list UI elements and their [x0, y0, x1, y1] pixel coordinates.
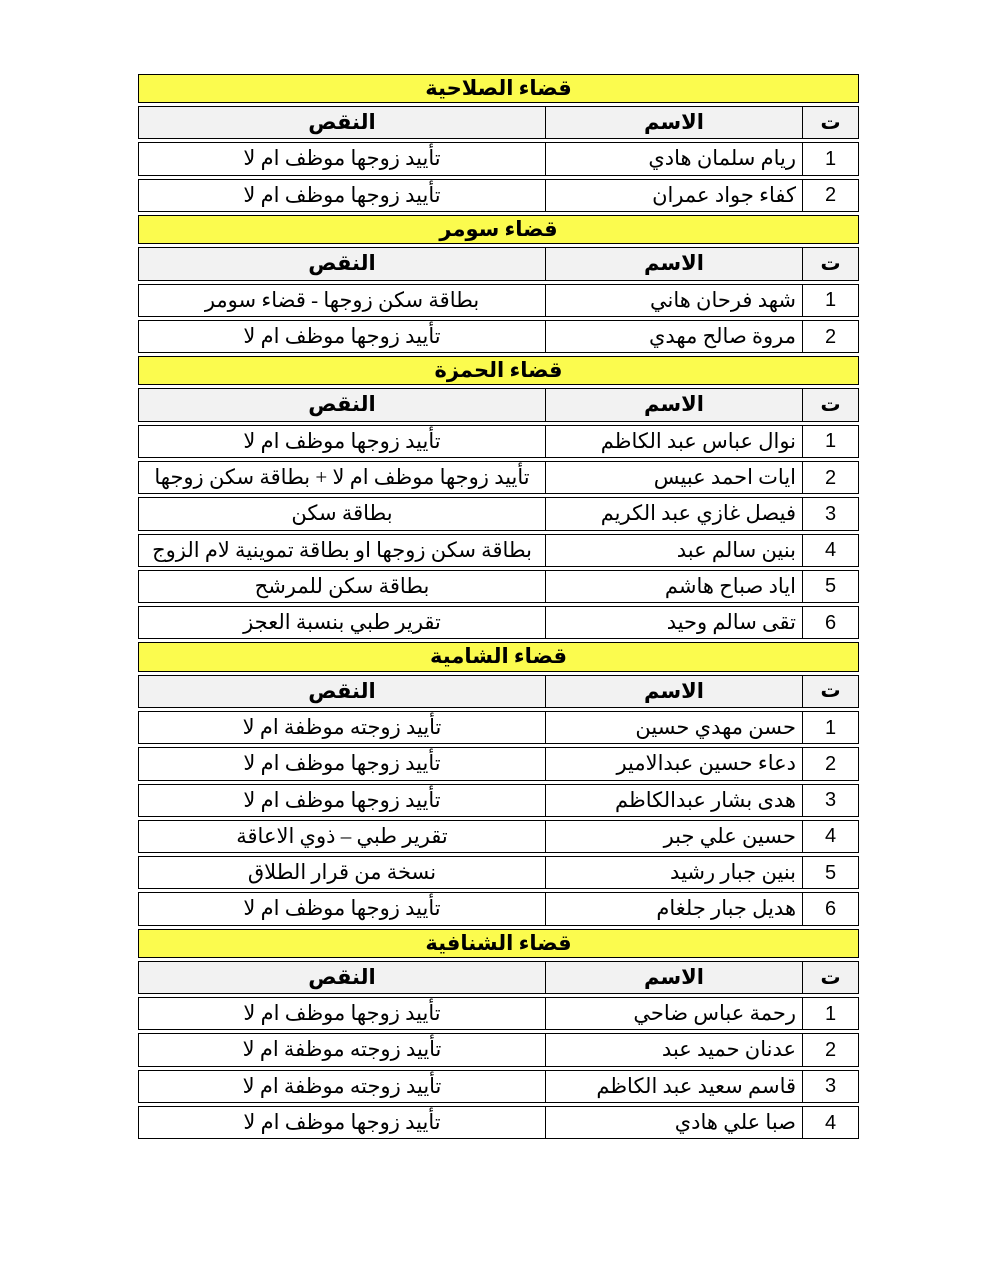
table-row: 1 حسن مهدي حسين تأييد زوجته موظفة ام لا: [138, 711, 859, 744]
table-row: 3 فيصل غازي عبد الكريم بطاقة سكن: [138, 497, 859, 530]
report-body: قضاء الصلاحية ت الاسم النقص 1 ريام سلمان…: [138, 74, 859, 1139]
report-table-container: قضاء الصلاحية ت الاسم النقص 1 ريام سلمان…: [138, 71, 859, 1142]
deficiency-cell: تقرير طبي – ذوي الاعاقة: [138, 820, 545, 853]
district-title-row: قضاء الشنافية: [138, 929, 859, 958]
col-header-no: ت: [802, 388, 859, 421]
deficiency-cell: بطاقة سكن: [138, 497, 545, 530]
deficiency-cell: تأييد زوجها موظف ام لا + بطاقة سكن زوجها: [138, 461, 545, 494]
name-cell: ريام سلمان هادي: [545, 142, 802, 175]
deficiency-cell: بطاقة سكن زوجها او بطاقة تموينية لام الز…: [138, 534, 545, 567]
district-title: قضاء الحمزة: [138, 356, 859, 385]
table-row: 4 بنين سالم عبد بطاقة سكن زوجها او بطاقة…: [138, 534, 859, 567]
row-number-cell: 1: [802, 142, 859, 175]
name-cell: هدى بشار عبدالكاظم: [545, 784, 802, 817]
row-number-cell: 6: [802, 606, 859, 639]
report-table: قضاء الصلاحية ت الاسم النقص 1 ريام سلمان…: [138, 71, 859, 1142]
column-header-row: ت الاسم النقص: [138, 675, 859, 708]
name-cell: رحمة عباس ضاحي: [545, 997, 802, 1030]
name-cell: شهد فرحان هاني: [545, 284, 802, 317]
table-row: 3 هدى بشار عبدالكاظم تأييد زوجها موظف ام…: [138, 784, 859, 817]
row-number-cell: 3: [802, 784, 859, 817]
document-page: قضاء الصلاحية ت الاسم النقص 1 ريام سلمان…: [0, 0, 989, 1280]
row-number-cell: 4: [802, 534, 859, 567]
deficiency-cell: تأييد زوجها موظف ام لا: [138, 142, 545, 175]
table-row: 3 قاسم سعيد عبد الكاظم تأييد زوجته موظفة…: [138, 1070, 859, 1103]
name-cell: عدنان حميد عبد: [545, 1033, 802, 1066]
name-cell: بنين جبار رشيد: [545, 856, 802, 889]
deficiency-cell: تقرير طبي بنسبة العجز: [138, 606, 545, 639]
name-cell: هديل جبار جلغام: [545, 892, 802, 925]
name-cell: كفاء جواد عمران: [545, 179, 802, 212]
col-header-name: الاسم: [545, 961, 802, 994]
row-number-cell: 2: [802, 747, 859, 780]
row-number-cell: 2: [802, 320, 859, 353]
name-cell: حسن مهدي حسين: [545, 711, 802, 744]
table-row: 5 اياد صباح هاشم بطاقة سكن للمرشح: [138, 570, 859, 603]
col-header-no: ت: [802, 106, 859, 139]
col-header-name: الاسم: [545, 675, 802, 708]
col-header-deficiency: النقص: [138, 247, 545, 280]
row-number-cell: 2: [802, 1033, 859, 1066]
col-header-no: ت: [802, 247, 859, 280]
name-cell: دعاء حسين عبدالامير: [545, 747, 802, 780]
table-row: 4 حسين علي جبر تقرير طبي – ذوي الاعاقة: [138, 820, 859, 853]
district-title-row: قضاء سومر: [138, 215, 859, 244]
table-row: 2 عدنان حميد عبد تأييد زوجته موظفة ام لا: [138, 1033, 859, 1066]
column-header-row: ت الاسم النقص: [138, 247, 859, 280]
district-title: قضاء سومر: [138, 215, 859, 244]
name-cell: بنين سالم عبد: [545, 534, 802, 567]
deficiency-cell: تأييد زوجها موظف ام لا: [138, 747, 545, 780]
deficiency-cell: تأييد زوجها موظف ام لا: [138, 1106, 545, 1139]
col-header-deficiency: النقص: [138, 388, 545, 421]
name-cell: فيصل غازي عبد الكريم: [545, 497, 802, 530]
deficiency-cell: تأييد زوجته موظفة ام لا: [138, 1070, 545, 1103]
deficiency-cell: بطاقة سكن للمرشح: [138, 570, 545, 603]
column-header-row: ت الاسم النقص: [138, 106, 859, 139]
row-number-cell: 1: [802, 425, 859, 458]
table-row: 6 تقى سالم وحيد تقرير طبي بنسبة العجز: [138, 606, 859, 639]
name-cell: حسين علي جبر: [545, 820, 802, 853]
deficiency-cell: تأييد زوجها موظف ام لا: [138, 997, 545, 1030]
col-header-name: الاسم: [545, 247, 802, 280]
name-cell: تقى سالم وحيد: [545, 606, 802, 639]
table-row: 2 دعاء حسين عبدالامير تأييد زوجها موظف ا…: [138, 747, 859, 780]
row-number-cell: 3: [802, 1070, 859, 1103]
table-row: 1 رحمة عباس ضاحي تأييد زوجها موظف ام لا: [138, 997, 859, 1030]
table-row: 5 بنين جبار رشيد نسخة من قرار الطلاق: [138, 856, 859, 889]
col-header-no: ت: [802, 961, 859, 994]
table-row: 2 كفاء جواد عمران تأييد زوجها موظف ام لا: [138, 179, 859, 212]
name-cell: قاسم سعيد عبد الكاظم: [545, 1070, 802, 1103]
table-row: 1 ريام سلمان هادي تأييد زوجها موظف ام لا: [138, 142, 859, 175]
district-title-row: قضاء الشامية: [138, 642, 859, 671]
name-cell: نوال عباس عبد الكاظم: [545, 425, 802, 458]
row-number-cell: 2: [802, 461, 859, 494]
district-title: قضاء الشامية: [138, 642, 859, 671]
col-header-deficiency: النقص: [138, 106, 545, 139]
col-header-name: الاسم: [545, 106, 802, 139]
deficiency-cell: تأييد زوجته موظفة ام لا: [138, 1033, 545, 1066]
table-row: 1 نوال عباس عبد الكاظم تأييد زوجها موظف …: [138, 425, 859, 458]
row-number-cell: 3: [802, 497, 859, 530]
table-row: 2 مروة صالح مهدي تأييد زوجها موظف ام لا: [138, 320, 859, 353]
table-row: 4 صبا علي هادي تأييد زوجها موظف ام لا: [138, 1106, 859, 1139]
table-row: 1 شهد فرحان هاني بطاقة سكن زوجها - قضاء …: [138, 284, 859, 317]
deficiency-cell: تأييد زوجها موظف ام لا: [138, 320, 545, 353]
name-cell: صبا علي هادي: [545, 1106, 802, 1139]
row-number-cell: 2: [802, 179, 859, 212]
district-title-row: قضاء الصلاحية: [138, 74, 859, 103]
deficiency-cell: تأييد زوجها موظف ام لا: [138, 892, 545, 925]
col-header-deficiency: النقص: [138, 675, 545, 708]
col-header-no: ت: [802, 675, 859, 708]
row-number-cell: 1: [802, 711, 859, 744]
deficiency-cell: تأييد زوجته موظفة ام لا: [138, 711, 545, 744]
name-cell: مروة صالح مهدي: [545, 320, 802, 353]
table-row: 2 ايات احمد عبيس تأييد زوجها موظف ام لا …: [138, 461, 859, 494]
deficiency-cell: نسخة من قرار الطلاق: [138, 856, 545, 889]
col-header-deficiency: النقص: [138, 961, 545, 994]
district-title-row: قضاء الحمزة: [138, 356, 859, 385]
row-number-cell: 4: [802, 820, 859, 853]
name-cell: اياد صباح هاشم: [545, 570, 802, 603]
deficiency-cell: بطاقة سكن زوجها - قضاء سومر: [138, 284, 545, 317]
row-number-cell: 5: [802, 570, 859, 603]
row-number-cell: 4: [802, 1106, 859, 1139]
deficiency-cell: تأييد زوجها موظف ام لا: [138, 179, 545, 212]
name-cell: ايات احمد عبيس: [545, 461, 802, 494]
deficiency-cell: تأييد زوجها موظف ام لا: [138, 784, 545, 817]
row-number-cell: 5: [802, 856, 859, 889]
deficiency-cell: تأييد زوجها موظف ام لا: [138, 425, 545, 458]
col-header-name: الاسم: [545, 388, 802, 421]
district-title: قضاء الصلاحية: [138, 74, 859, 103]
district-title: قضاء الشنافية: [138, 929, 859, 958]
column-header-row: ت الاسم النقص: [138, 388, 859, 421]
row-number-cell: 1: [802, 284, 859, 317]
table-row: 6 هديل جبار جلغام تأييد زوجها موظف ام لا: [138, 892, 859, 925]
row-number-cell: 6: [802, 892, 859, 925]
row-number-cell: 1: [802, 997, 859, 1030]
column-header-row: ت الاسم النقص: [138, 961, 859, 994]
